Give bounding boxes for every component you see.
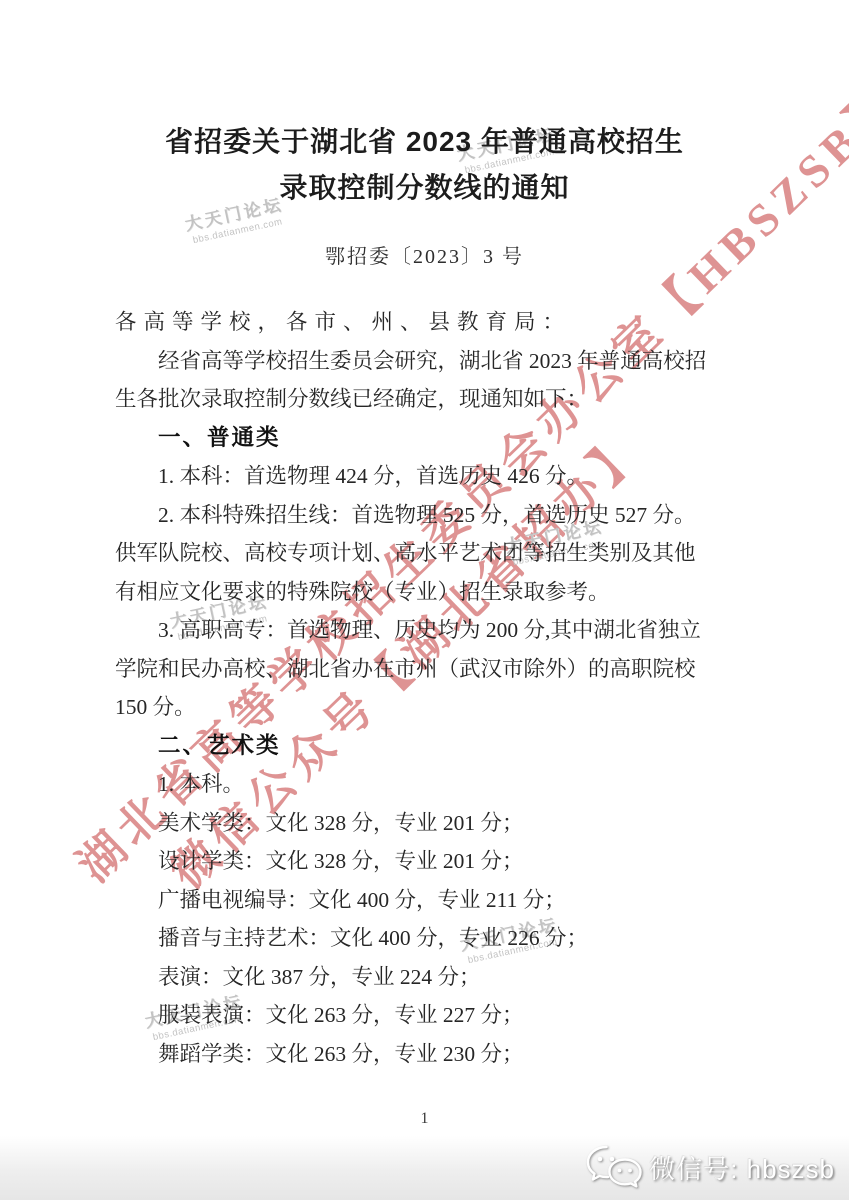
doc-line: 播音与主持艺术：文化 400 分，专业 226 分； — [115, 919, 743, 958]
document-body: 各高等学校，各市、州、县教育局： 经省高等学校招生委员会研究，湖北省 2023 … — [115, 303, 743, 1073]
wechat-id-label: 微信号: hbszsb — [649, 1149, 835, 1186]
doc-line: 经省高等学校招生委员会研究，湖北省 2023 年普通高校招 — [115, 342, 743, 381]
doc-line: 表演：文化 387 分，专业 224 分； — [115, 958, 743, 997]
doc-heading-art-category: 二、艺术类 — [115, 727, 743, 766]
doc-line: 舞蹈学类：文化 263 分，专业 230 分； — [115, 1035, 743, 1074]
document-title-line2: 录取控制分数线的通知 — [0, 165, 849, 211]
doc-line: 服装表演：文化 263 分，专业 227 分； — [115, 996, 743, 1035]
doc-line: 生各批次录取控制分数线已经确定，现通知如下： — [115, 380, 743, 419]
doc-line: 150 分。 — [115, 688, 743, 727]
page-number: 1 — [0, 1110, 849, 1128]
document-title-line1: 省招委关于湖北省 2023 年普通高校招生 — [0, 119, 849, 165]
doc-line: 广播电视编导：文化 400 分，专业 211 分； — [115, 881, 743, 920]
doc-line: 设计学类：文化 328 分，专业 201 分； — [115, 842, 743, 881]
doc-heading-general-category: 一、普通类 — [115, 419, 743, 458]
scanned-document-page: 湖北省高等学校招生委员会办公室【HBSZSB】 微信公众号【湖北省招办】 大天门… — [0, 0, 849, 1200]
doc-line: 美术学类：文化 328 分，专业 201 分； — [115, 804, 743, 843]
doc-line: 供军队院校、高校专项计划、高水平艺术团等招生类别及其他 — [115, 534, 743, 573]
doc-line-salutation: 各高等学校，各市、州、县教育局： — [115, 303, 743, 342]
doc-line: 2. 本科特殊招生线：首选物理 525 分，首选历史 527 分。 — [115, 496, 743, 535]
doc-line: 学院和民办高校、湖北省办在市州（武汉市除外）的高职院校 — [115, 650, 743, 689]
doc-line: 1. 本科。 — [115, 765, 743, 804]
doc-line: 1. 本科：首选物理 424 分，首选历史 426 分。 — [115, 457, 743, 496]
doc-line: 3. 高职高专：首选物理、历史均为 200 分,其中湖北省独立 — [115, 611, 743, 650]
document-number: 鄂招委〔2023〕3 号 — [0, 240, 849, 269]
wechat-icon — [585, 1144, 643, 1190]
document-title: 省招委关于湖北省 2023 年普通高校招生 录取控制分数线的通知 — [0, 119, 849, 211]
footer-wechat: 微信号: hbszsb — [585, 1144, 835, 1190]
doc-line: 有相应文化要求的特殊院校（专业）招生录取参考。 — [115, 573, 743, 612]
